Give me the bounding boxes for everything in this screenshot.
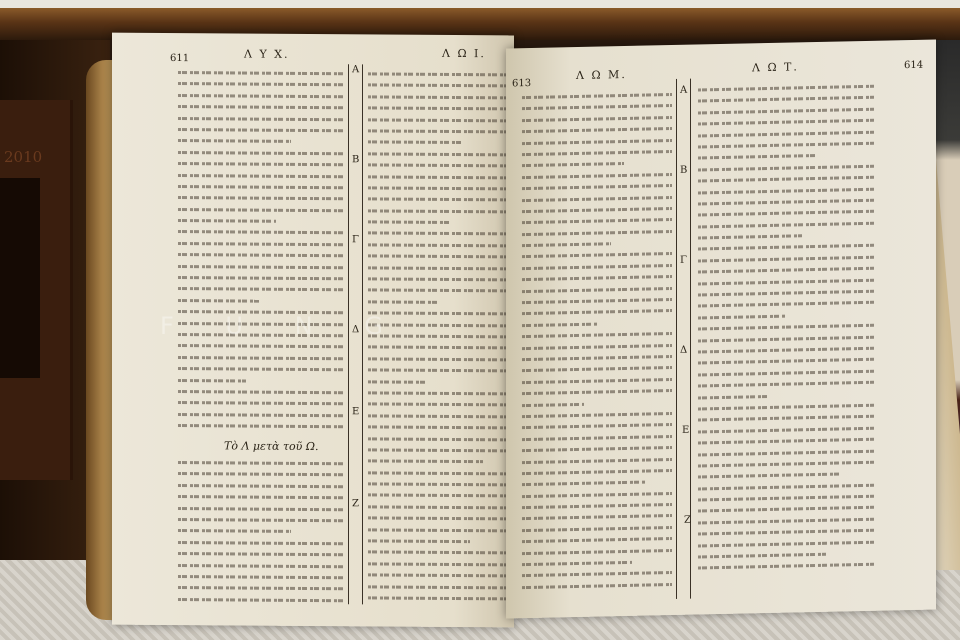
text-line	[368, 547, 508, 559]
text-line	[368, 205, 508, 217]
margin-letter: Β	[352, 154, 359, 165]
margin-letter: Γ	[680, 255, 687, 266]
margin-letter: Β	[680, 165, 687, 176]
text-line	[368, 501, 508, 513]
text-line	[368, 478, 508, 490]
text-line	[368, 342, 508, 354]
text-line	[178, 215, 276, 227]
text-line	[368, 581, 508, 593]
text-line	[522, 385, 672, 400]
text-line	[368, 421, 508, 433]
text-line	[368, 433, 508, 445]
margin-letter: Α	[680, 85, 687, 96]
text-line	[368, 513, 508, 525]
text-line	[368, 251, 508, 263]
text-line	[368, 444, 508, 456]
text-line	[368, 365, 508, 377]
poster-year: 2010	[4, 148, 42, 166]
text-line	[698, 297, 874, 312]
text-line	[368, 125, 508, 137]
section-heading: Τὸ Λ μετὰ τοῦ Ω.	[224, 439, 318, 453]
text-line	[368, 410, 508, 422]
margin-letter: Γ	[352, 234, 359, 245]
watermark: F U N G	[160, 312, 405, 340]
text-line	[368, 558, 508, 570]
text-column	[522, 89, 672, 602]
text-line	[522, 305, 672, 320]
text-line	[368, 194, 508, 206]
text-line	[368, 262, 508, 274]
text-line	[368, 296, 438, 308]
text-line	[368, 80, 508, 92]
text-line	[368, 68, 508, 80]
text-line	[368, 228, 508, 240]
text-line	[368, 399, 508, 411]
text-line	[698, 377, 874, 392]
text-line	[368, 524, 508, 536]
text-column	[178, 457, 344, 608]
text-line	[368, 376, 425, 388]
text-line	[368, 456, 483, 468]
text-line	[698, 559, 874, 574]
margin-letter: Ζ	[352, 498, 359, 509]
text-line	[522, 579, 672, 594]
text-line	[368, 467, 508, 479]
page-header-right: Λ Ω Τ.	[752, 60, 799, 74]
text-line	[368, 239, 508, 251]
text-column	[698, 81, 874, 585]
background-poster: 2010	[0, 100, 73, 480]
text-line	[178, 135, 291, 147]
page-header-left: Λ Υ Χ.	[244, 48, 290, 61]
text-line	[368, 91, 508, 103]
text-line	[368, 182, 508, 194]
margin-letter: Ζ	[684, 515, 691, 526]
poster-dark-panel	[0, 178, 40, 378]
text-line	[178, 420, 344, 433]
text-line	[368, 535, 470, 547]
text-line	[368, 273, 508, 285]
text-line	[368, 148, 508, 160]
text-line	[368, 103, 508, 115]
text-line	[368, 171, 508, 183]
text-line	[368, 490, 508, 502]
page-number: 611	[170, 53, 189, 64]
text-line	[368, 137, 463, 149]
text-line	[178, 594, 344, 607]
page-header-right: Λ Ω Ι.	[442, 47, 486, 60]
text-line	[368, 353, 508, 365]
text-line	[178, 295, 261, 307]
text-line	[368, 387, 508, 399]
page-number-right: 614	[904, 60, 923, 71]
text-line	[178, 525, 291, 537]
margin-letter: Ε	[682, 425, 689, 436]
text-line	[368, 285, 508, 297]
margin-letter: Δ	[680, 345, 687, 356]
text-line	[368, 114, 508, 126]
margin-letter: Α	[352, 64, 359, 75]
right-page: 613 Λ Ω Μ. Λ Ω Τ. 614 Α Β Γ Δ Ε Ζ	[506, 39, 936, 618]
page-number-left: 613	[512, 78, 531, 89]
text-line	[368, 160, 508, 172]
column-rule	[676, 79, 677, 599]
text-line	[368, 570, 508, 582]
text-line	[368, 592, 508, 604]
page-header-left: Λ Ω Μ.	[576, 68, 627, 82]
text-column	[178, 67, 344, 438]
margin-letter: Ε	[352, 406, 359, 417]
text-line	[368, 216, 451, 228]
text-line	[178, 375, 246, 387]
